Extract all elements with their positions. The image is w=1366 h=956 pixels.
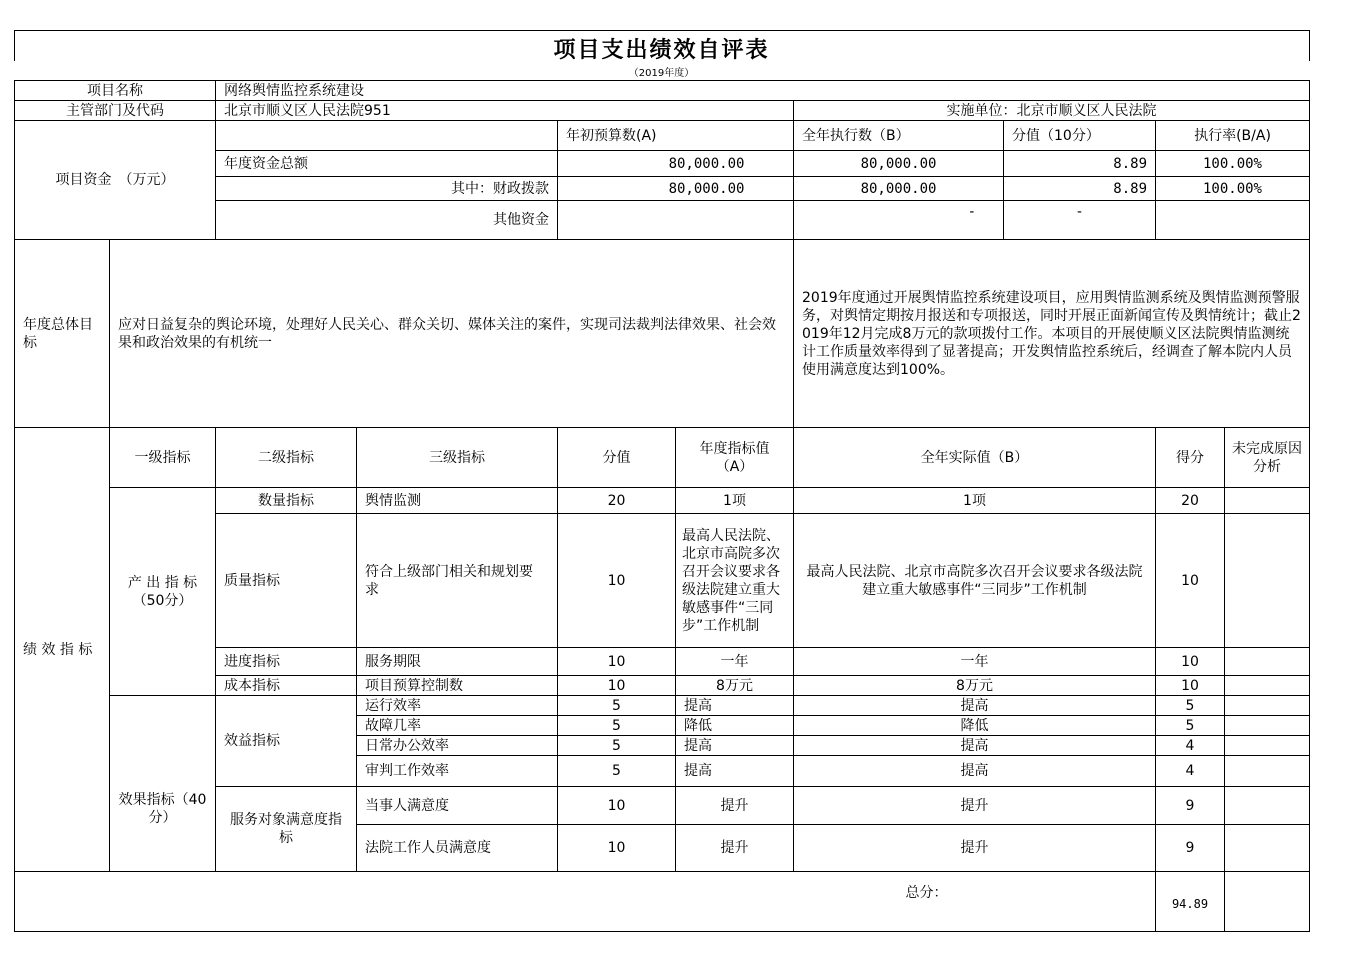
level3-cell: 符合上级部门相关和规划要求 xyxy=(357,514,557,647)
page-subtitle: （2019年度） xyxy=(14,64,1309,79)
score-cell: 5 xyxy=(1156,716,1224,735)
level3-cell: 舆情监测 xyxy=(357,488,557,513)
weight-cell: 5 xyxy=(558,756,675,786)
level1-effect: 效果指标（40分） xyxy=(110,696,215,871)
target-cell: 最高人民法院、北京市高院多次召开会议要求各级法院建立重大敏感事件“三同步”工作机… xyxy=(676,514,793,647)
col-executed-header: 全年执行数（B） xyxy=(794,121,1003,150)
level2-quantity: 数量指标 xyxy=(216,488,356,513)
target-cell: 提升 xyxy=(676,825,793,871)
indicators-section-label: 绩 效 指 标 xyxy=(15,428,109,871)
reason-cell[interactable] xyxy=(1225,716,1309,735)
level2-quality: 质量指标 xyxy=(216,514,356,647)
level3-cell: 审判工作效率 xyxy=(357,756,557,786)
level3-cell: 服务期限 xyxy=(357,648,557,675)
target-cell: 提高 xyxy=(676,696,793,715)
reason-cell[interactable] xyxy=(1225,756,1309,786)
score-cell: 5 xyxy=(1156,696,1224,715)
weight-cell: 10 xyxy=(558,514,675,647)
score-cell: 4 xyxy=(1156,756,1224,786)
actual-cell: 提升 xyxy=(794,825,1155,871)
funds-row-executed: 80,000.00 xyxy=(794,177,1003,200)
col-rate-header: 执行率(B/A) xyxy=(1156,121,1309,150)
page-title: 项目支出绩效自评表 xyxy=(14,33,1309,64)
weight-cell: 10 xyxy=(558,676,675,695)
weight-cell: 10 xyxy=(558,787,675,824)
actual-cell: 提高 xyxy=(794,756,1155,786)
funds-row-score: 8.89 xyxy=(1004,177,1155,200)
actual-cell: 提高 xyxy=(794,736,1155,755)
level3-cell: 故障几率 xyxy=(357,716,557,735)
project-name-label: 项目名称 xyxy=(15,81,215,100)
level1-output: 产 出 指 标（50分） xyxy=(110,488,215,695)
col-score-header: 分值（10分） xyxy=(1004,121,1155,150)
funds-row-executed: 80,000.00 xyxy=(794,151,1003,176)
col-reason-header: 未完成原因分析 xyxy=(1225,428,1309,487)
level2-benefit: 效益指标 xyxy=(216,696,356,786)
level2-satisfaction: 服务对象满意度指标 xyxy=(216,787,356,871)
score-cell: 20 xyxy=(1156,488,1224,513)
funds-row-label: 其中：财政拨款 xyxy=(216,177,557,200)
level3-cell: 项目预算控制数 xyxy=(357,676,557,695)
dept-label: 主管部门及代码 xyxy=(15,101,215,120)
level2-progress: 进度指标 xyxy=(216,648,356,675)
col-actual-header: 全年实际值（B） xyxy=(794,428,1155,487)
score-cell: 4 xyxy=(1156,736,1224,755)
reason-cell[interactable] xyxy=(1225,787,1309,824)
dept-value: 北京市顺义区人民法院951 xyxy=(216,101,793,120)
funds-row-budget: 80,000.00 xyxy=(558,177,793,200)
funds-row-budget: 80,000.00 xyxy=(558,151,793,176)
impl-unit: 实施单位：北京市顺义区人民法院 xyxy=(794,101,1309,120)
score-cell: 9 xyxy=(1156,825,1224,871)
col-budget-header: 年初预算数(A) xyxy=(558,121,793,150)
actual-cell: 最高人民法院、北京市高院多次召开会议要求各级法院建立重大敏感事件“三同步”工作机… xyxy=(794,514,1155,647)
actual-cell: 一年 xyxy=(794,648,1155,675)
target-cell: 降低 xyxy=(676,716,793,735)
level3-cell: 法院工作人员满意度 xyxy=(357,825,557,871)
goals-actual: 2019年度通过开展舆情监控系统建设项目，应用舆情监测系统及舆情监测预警服务，对… xyxy=(794,240,1309,427)
score-cell: 9 xyxy=(1156,787,1224,824)
weight-cell: 5 xyxy=(558,716,675,735)
funds-row-score: 8.89 xyxy=(1004,151,1155,176)
score-cell: 10 xyxy=(1156,648,1224,675)
col-level2-header: 二级指标 xyxy=(216,428,356,487)
project-name-value: 网络舆情监控系统建设 xyxy=(216,81,1309,100)
weight-cell: 10 xyxy=(558,648,675,675)
weight-cell: 5 xyxy=(558,736,675,755)
weight-cell: 5 xyxy=(558,696,675,715)
col-level1-header: 一级指标 xyxy=(110,428,215,487)
target-cell: 1项 xyxy=(676,488,793,513)
total-score: 94.89 xyxy=(1156,872,1224,931)
target-cell: 提高 xyxy=(676,736,793,755)
goals-target: 应对日益复杂的舆论环境，处理好人民关心、群众关切、媒体关注的案件，实现司法裁判法… xyxy=(110,240,793,427)
funds-row-score: - xyxy=(1004,201,1155,239)
col-score-header: 得分 xyxy=(1156,428,1224,487)
target-cell: 提升 xyxy=(676,787,793,824)
score-cell: 10 xyxy=(1156,514,1224,647)
funds-row-label: 其他资金 xyxy=(216,201,557,239)
weight-cell: 10 xyxy=(558,825,675,871)
reason-cell[interactable] xyxy=(1225,676,1309,695)
target-cell: 一年 xyxy=(676,648,793,675)
reason-cell[interactable] xyxy=(1225,696,1309,715)
col-weight-header: 分值 xyxy=(558,428,675,487)
score-cell: 10 xyxy=(1156,676,1224,695)
reason-cell[interactable] xyxy=(1225,488,1309,513)
target-cell: 提高 xyxy=(676,756,793,786)
funds-section-label: 项目资金 （万元） xyxy=(15,121,215,239)
weight-cell: 20 xyxy=(558,488,675,513)
funds-row-rate: 100.00% xyxy=(1156,177,1309,200)
reason-cell[interactable] xyxy=(1225,514,1309,647)
actual-cell: 提高 xyxy=(794,696,1155,715)
actual-cell: 1项 xyxy=(794,488,1155,513)
actual-cell: 8万元 xyxy=(794,676,1155,695)
level2-cost: 成本指标 xyxy=(216,676,356,695)
target-cell: 8万元 xyxy=(676,676,793,695)
actual-cell: 提升 xyxy=(794,787,1155,824)
funds-row-rate: 100.00% xyxy=(1156,151,1309,176)
level3-cell: 日常办公效率 xyxy=(357,736,557,755)
level3-cell: 运行效率 xyxy=(357,696,557,715)
reason-cell[interactable] xyxy=(1225,736,1309,755)
funds-row-executed: - xyxy=(794,201,984,239)
goals-label: 年度总体目标 xyxy=(15,240,109,427)
reason-cell[interactable] xyxy=(1225,825,1309,871)
reason-cell[interactable] xyxy=(1225,648,1309,675)
total-label: 总分： xyxy=(794,872,1059,931)
level3-cell: 当事人满意度 xyxy=(357,787,557,824)
col-target-header: 年度指标值（A） xyxy=(676,428,793,487)
col-level3-header: 三级指标 xyxy=(357,428,557,487)
funds-row-label: 年度资金总额 xyxy=(216,151,557,176)
actual-cell: 降低 xyxy=(794,716,1155,735)
